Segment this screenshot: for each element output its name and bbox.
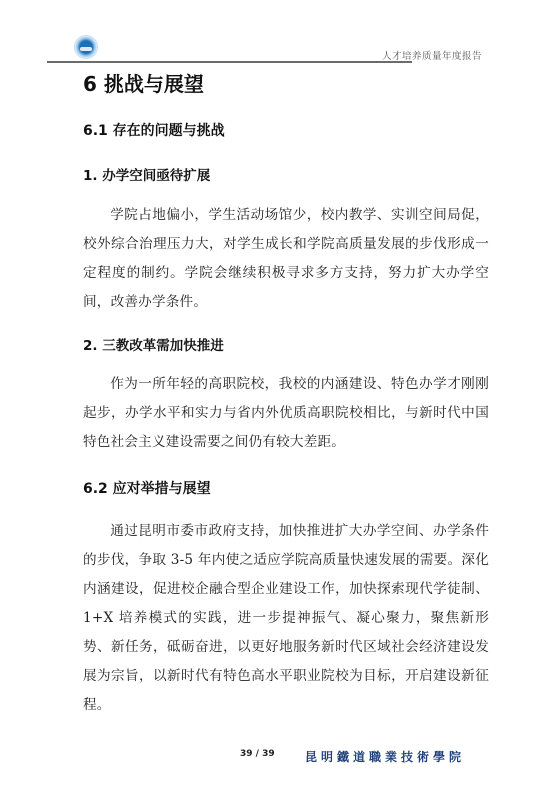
paragraph-space: 学院占地偏小，学生活动场馆少，校内教学、实训空间局促，校外综合治理压力大，对学生… [83,201,489,317]
page-number: 39 / 39 [240,749,275,759]
paragraph-reform: 作为一所年轻的高职院校，我校的内涵建设、特色办学才刚刚起步，办学水平和实力与省内… [83,370,489,457]
subsection-heading-2: 2. 三教改革需加快推进 [83,334,224,354]
school-emblem-icon [75,36,97,58]
header-divider [47,61,412,63]
section-heading-6-1: 6.1 存在的问题与挑战 [83,120,225,140]
section-heading-6-2: 6.2 应对举措与展望 [83,478,211,498]
paragraph-outlook: 通过昆明市委市政府支持，加快推进扩大办学空间、办学条件的步伐，争取 3-5 年内… [83,517,489,720]
school-name: 昆明鐵道職業技術學院 [305,748,465,765]
report-title: 人才培养质量年度报告 [382,48,482,62]
chapter-title: 6 挑战与展望 [83,68,204,97]
page-footer: 39 / 39 昆明鐵道職業技術學院 [0,748,557,768]
subsection-heading-1: 1. 办学空间亟待扩展 [83,164,210,184]
